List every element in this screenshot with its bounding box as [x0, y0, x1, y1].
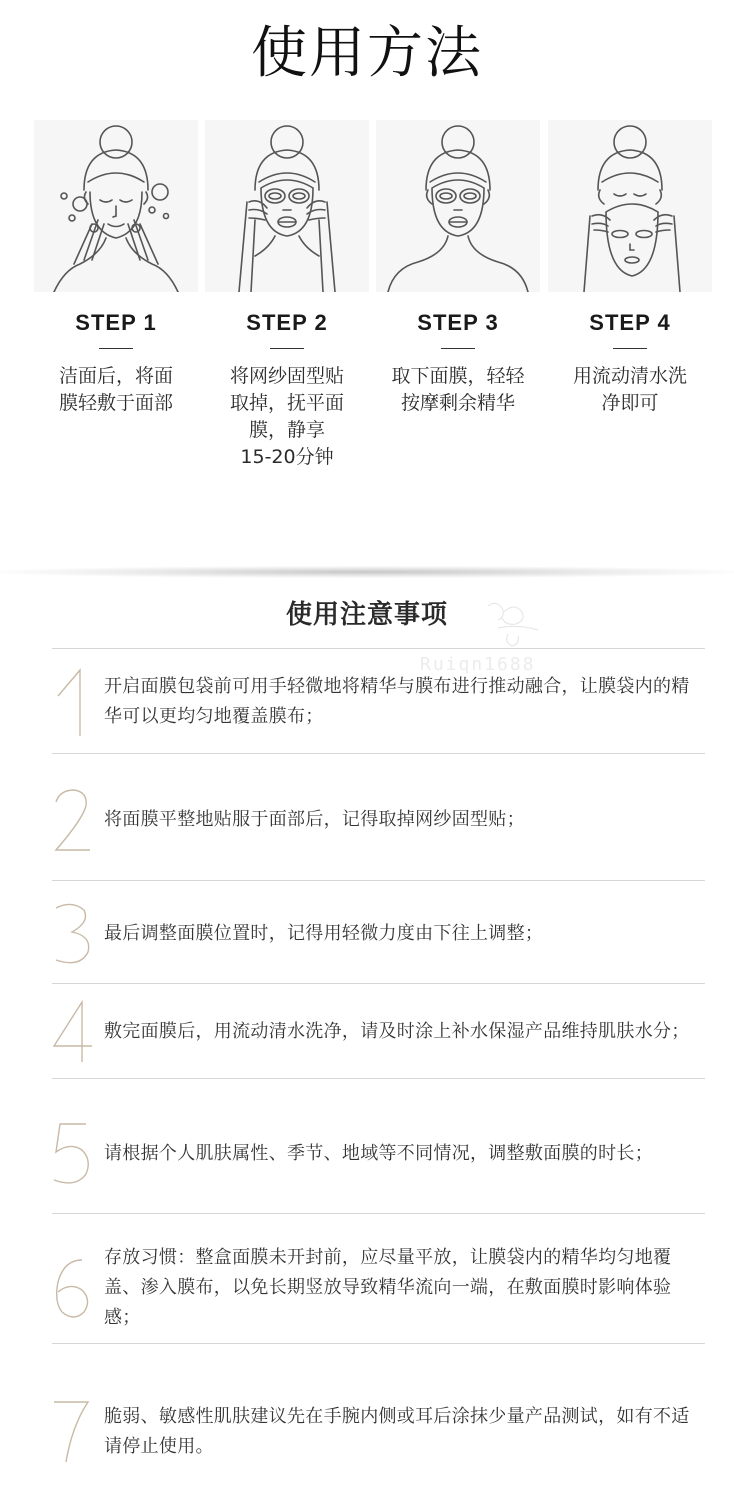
- note-text-1: 开启面膜包袋前可用手轻微地将精华与膜布进行推动融合，让膜袋内的精华可以更均匀地覆…: [104, 672, 705, 732]
- step-1-rule: [99, 348, 133, 349]
- step-3-label: STEP 3: [376, 310, 540, 336]
- step-1-illustration: [34, 120, 198, 292]
- note-text-2: 将面膜平整地贴服于面部后，记得取掉网纱固型贴；: [104, 805, 705, 835]
- note-text-3: 最后调整面膜位置时，记得用轻微力度由下往上调整；: [104, 919, 705, 949]
- section-separator-shadow: [0, 566, 734, 578]
- step-4-rule: [613, 348, 647, 349]
- note-number-7: [52, 1400, 104, 1464]
- note-number-5: [52, 1122, 104, 1186]
- note-item-1: 开启面膜包袋前可用手轻微地将精华与膜布进行推动融合，让膜袋内的精华可以更均匀地覆…: [52, 664, 705, 740]
- step-1-label: STEP 1: [34, 310, 198, 336]
- step-4-illustration: [548, 120, 712, 292]
- note-number-6: [52, 1256, 104, 1320]
- steps-section: STEP 1 洁面后，将面 膜轻敷于面部 STEP 2 将网纱固型贴 取: [0, 120, 734, 500]
- step-2: STEP 2 将网纱固型贴 取掉，抚平面 膜，静享 15-20分钟: [205, 120, 369, 471]
- divider: [52, 1213, 705, 1214]
- step-4: STEP 4 用流动清水洗 净即可: [548, 120, 712, 417]
- step-3-illustration: [376, 120, 540, 292]
- washing-face-icon: [34, 120, 198, 292]
- divider: [52, 983, 705, 984]
- note-item-4: 敷完面膜后，用流动清水洗净，请及时涂上补水保湿产品维持肌肤水分；: [52, 996, 705, 1068]
- page-title: 使用方法: [0, 18, 734, 90]
- removing-mask-icon: [548, 120, 712, 292]
- note-number-3: [52, 902, 104, 966]
- step-2-rule: [270, 348, 304, 349]
- note-item-7: 脆弱、敏感性肌肤建议先在手腕内侧或耳后涂抹少量产品测试，如有不适请停止使用。: [52, 1394, 705, 1470]
- wearing-mask-icon: [376, 120, 540, 292]
- step-1-description: 洁面后，将面 膜轻敷于面部: [46, 363, 186, 417]
- applying-mask-icon: [205, 120, 369, 292]
- note-item-2: 将面膜平整地贴服于面部后，记得取掉网纱固型贴；: [52, 782, 705, 858]
- divider: [52, 880, 705, 881]
- step-3-rule: [441, 348, 475, 349]
- divider: [52, 1343, 705, 1344]
- divider: [52, 753, 705, 754]
- note-number-1: [52, 666, 104, 738]
- divider: [52, 1078, 705, 1079]
- flower-watermark-icon: [478, 598, 548, 648]
- notes-title: 使用注意事项: [0, 595, 734, 635]
- note-number-2: [52, 788, 104, 852]
- step-2-illustration: [205, 120, 369, 292]
- step-4-label: STEP 4: [548, 310, 712, 336]
- step-3-description: 取下面膜，轻轻 按摩剩余精华: [388, 363, 528, 417]
- note-text-5: 请根据个人肌肤属性、季节、地域等不同情况，调整敷面膜的时长；: [104, 1139, 705, 1169]
- step-2-description: 将网纱固型贴 取掉，抚平面 膜，静享 15-20分钟: [217, 363, 357, 471]
- note-item-5: 请根据个人肌肤属性、季节、地域等不同情况，调整敷面膜的时长；: [52, 1116, 705, 1192]
- step-4-description: 用流动清水洗 净即可: [560, 363, 700, 417]
- note-text-6: 存放习惯：整盒面膜未开封前，应尽量平放，让膜袋内的精华均匀地覆盖、渗入膜布，以免…: [104, 1243, 705, 1333]
- step-2-label: STEP 2: [205, 310, 369, 336]
- note-item-3: 最后调整面膜位置时，记得用轻微力度由下往上调整；: [52, 896, 705, 972]
- step-3: STEP 3 取下面膜，轻轻 按摩剩余精华: [376, 120, 540, 417]
- note-item-6: 存放习惯：整盒面膜未开封前，应尽量平放，让膜袋内的精华均匀地覆盖、渗入膜布，以免…: [52, 1240, 705, 1336]
- note-text-4: 敷完面膜后，用流动清水洗净，请及时涂上补水保湿产品维持肌肤水分；: [104, 1017, 705, 1047]
- note-number-4: [52, 1000, 104, 1064]
- divider: [52, 648, 705, 649]
- note-text-7: 脆弱、敏感性肌肤建议先在手腕内侧或耳后涂抹少量产品测试，如有不适请停止使用。: [104, 1402, 705, 1462]
- step-1: STEP 1 洁面后，将面 膜轻敷于面部: [34, 120, 198, 417]
